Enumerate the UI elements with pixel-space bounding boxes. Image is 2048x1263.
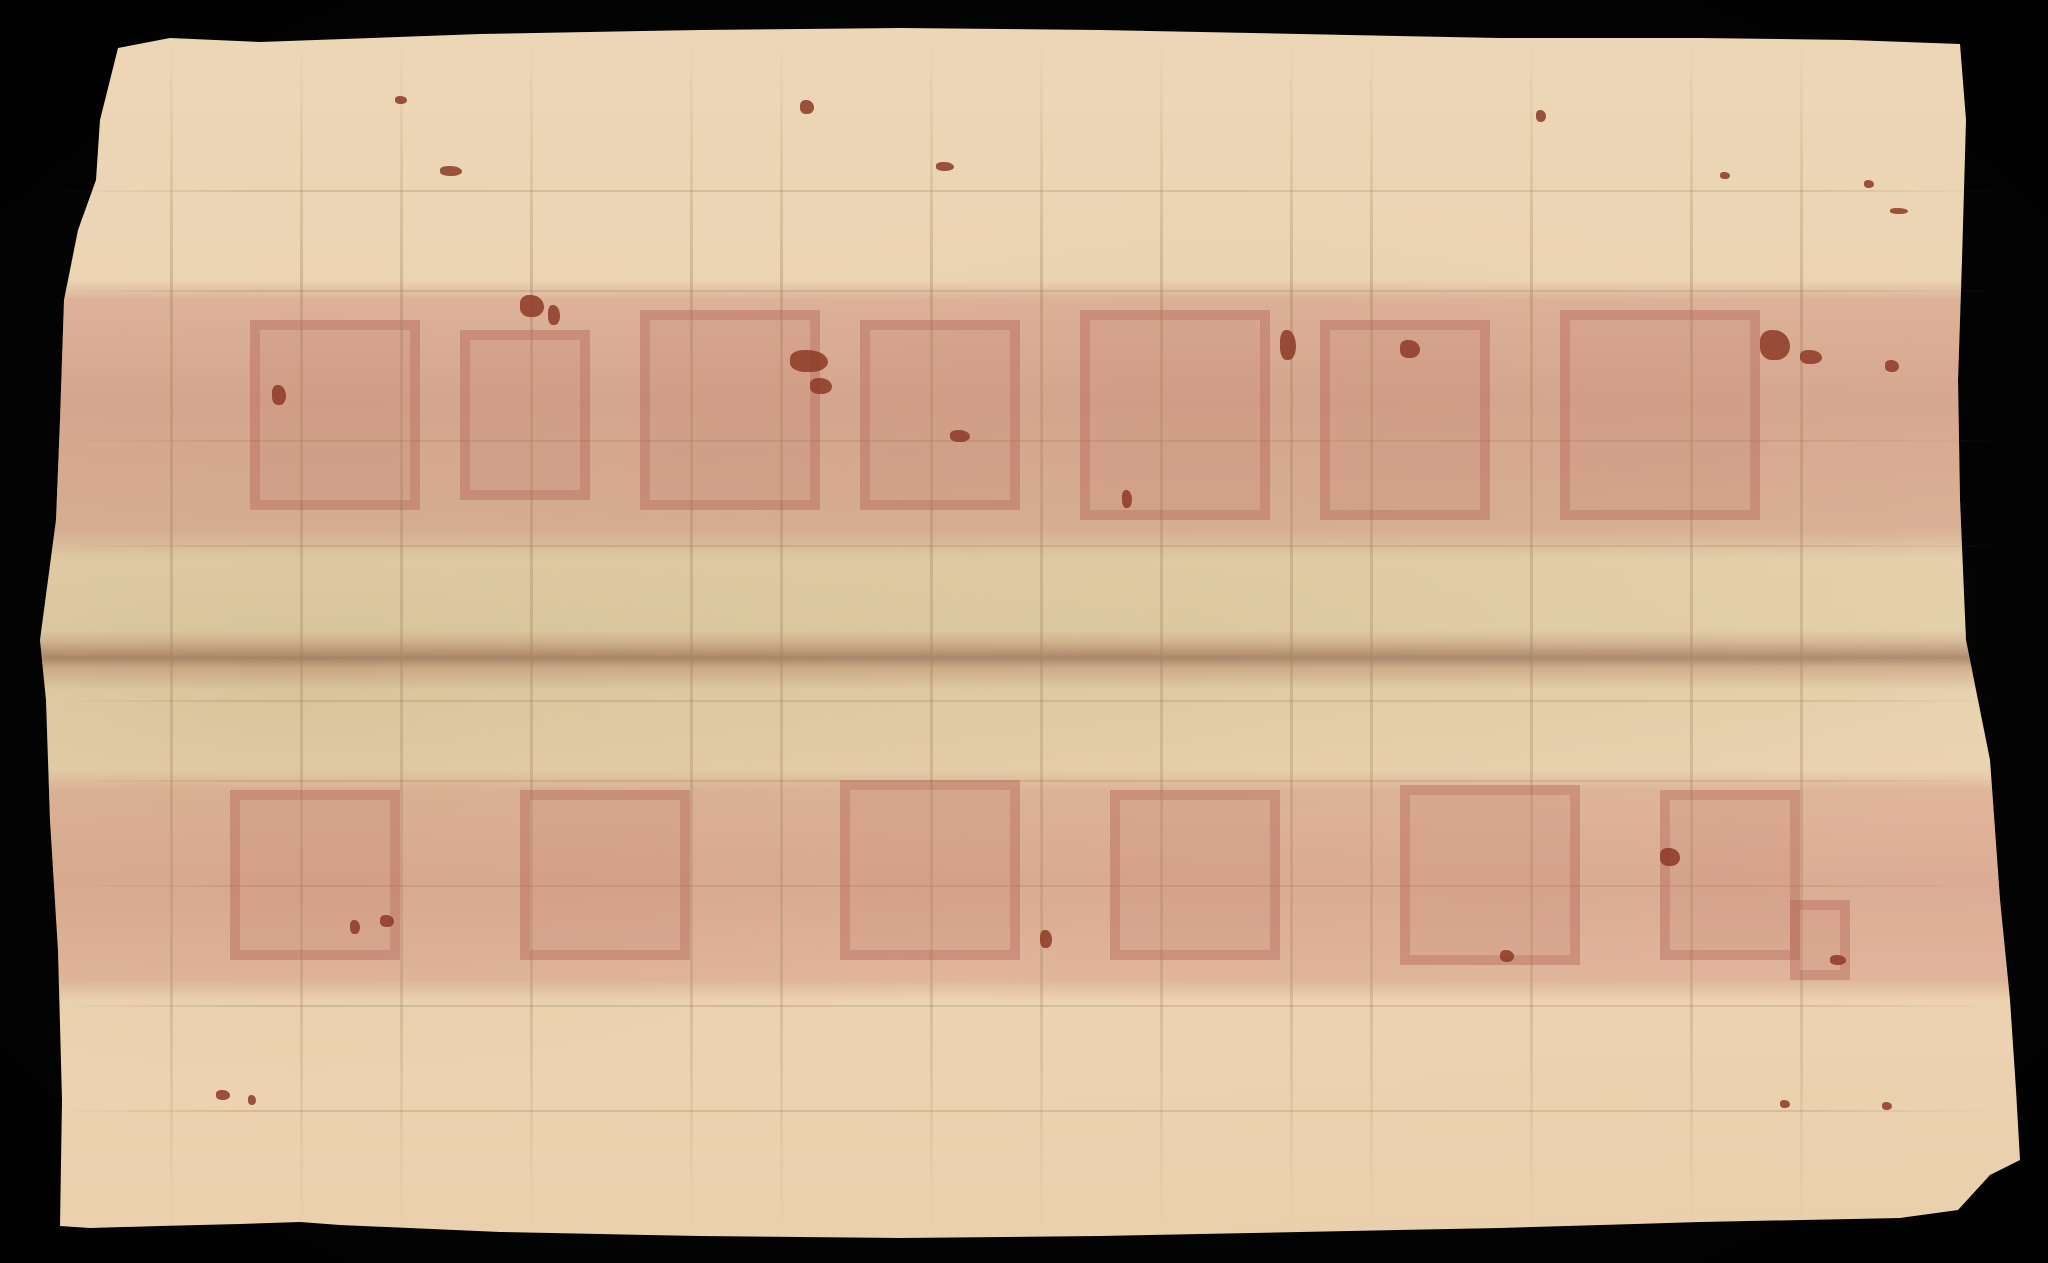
printed-square-motif (230, 790, 400, 960)
paint-fleck (520, 295, 544, 317)
paint-fleck (1500, 950, 1514, 962)
printed-square-motif (460, 330, 590, 500)
paint-fleck (1400, 340, 1420, 358)
paint-fleck (1720, 172, 1730, 179)
paint-fleck (1760, 330, 1790, 360)
printed-square-motif (860, 320, 1020, 510)
paint-fleck (1830, 955, 1846, 965)
paint-fleck (810, 378, 832, 394)
paint-fleck (790, 350, 828, 372)
paint-fleck (1536, 110, 1546, 122)
paint-fleck (272, 385, 286, 405)
vertical-crease (400, 40, 403, 1230)
vertical-crease (1160, 40, 1163, 1230)
vertical-crease (300, 40, 303, 1230)
horizontal-crease (60, 780, 2000, 782)
paint-fleck (1882, 1102, 1892, 1110)
vertical-crease (780, 40, 783, 1230)
paint-fleck (548, 305, 560, 325)
vertical-crease (930, 40, 933, 1230)
vertical-crease (170, 40, 173, 1230)
printed-square-motif (1400, 785, 1580, 965)
horizontal-crease (60, 290, 2000, 292)
paint-fleck (380, 915, 394, 927)
paint-fleck (800, 100, 814, 114)
vertical-crease (690, 40, 693, 1230)
vertical-crease (1690, 40, 1693, 1230)
paint-fleck (1890, 208, 1908, 214)
printed-square-motif (1560, 310, 1760, 520)
paint-fleck (395, 96, 407, 104)
paint-fleck (1885, 360, 1899, 372)
horizontal-crease (60, 545, 2000, 547)
paint-fleck (1780, 1100, 1790, 1108)
horizontal-crease (60, 700, 2000, 702)
printed-square-motif (640, 310, 820, 510)
photo-scene (0, 0, 2048, 1263)
paint-fleck (1864, 180, 1874, 188)
vertical-crease (1530, 40, 1533, 1230)
vertical-crease (1370, 40, 1373, 1230)
horizontal-crease (60, 1005, 2000, 1007)
horizontal-crease (60, 1110, 2000, 1112)
printed-square-motif (520, 790, 690, 960)
paint-fleck (248, 1095, 256, 1105)
vertical-crease (1040, 40, 1043, 1230)
printed-square-motif (1660, 790, 1800, 960)
paint-fleck (1040, 930, 1052, 948)
paint-fleck (350, 920, 360, 934)
printed-square-motif (840, 780, 1020, 960)
paint-fleck (1280, 330, 1296, 360)
vertical-crease (1800, 40, 1803, 1230)
paint-fleck (216, 1090, 230, 1100)
printed-square-motif (1080, 310, 1270, 520)
printed-square-motif (250, 320, 420, 510)
horizontal-crease (60, 190, 2000, 192)
paint-fleck (950, 430, 970, 442)
printed-square-motif (1110, 790, 1280, 960)
vertical-crease (1290, 40, 1293, 1230)
paint-fleck (1660, 848, 1680, 866)
paint-fleck (440, 166, 462, 176)
printed-square-motif (1790, 900, 1850, 980)
paint-fleck (1800, 350, 1822, 364)
vertical-crease (530, 40, 533, 1230)
paint-fleck (936, 162, 954, 171)
paint-fleck (1122, 490, 1132, 508)
